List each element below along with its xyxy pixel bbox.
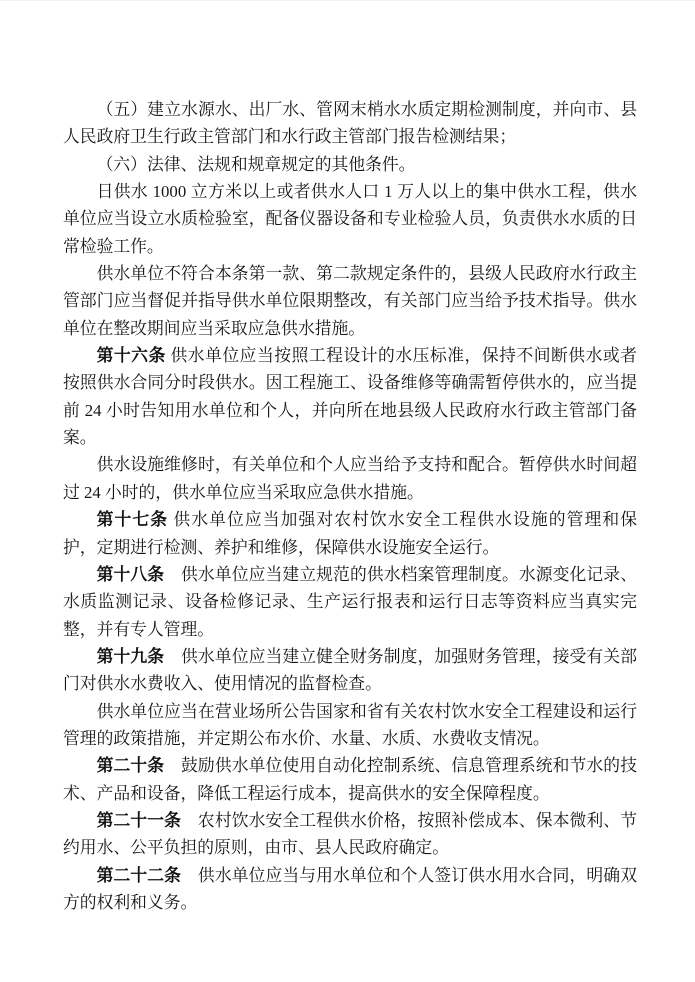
document-text-block: （五）建立水源水、出厂水、管网末梢水水质定期检测制度，并向市、县人民政府卫生行政… (63, 96, 637, 916)
paragraph: 日供水 1000 立方米以上或者供水人口 1 万人以上的集中供水工程，供水单位应… (63, 178, 637, 260)
document-page: （五）建立水源水、出厂水、管网末梢水水质定期检测制度，并向市、县人民政府卫生行政… (0, 0, 695, 982)
article-number: 第二十二条 (97, 866, 181, 885)
article-number: 第二十一条 (97, 811, 181, 830)
paragraph: 供水单位应当在营业场所公告国家和省有关农村饮水安全工程建设和运行管理的政策措施，… (63, 698, 637, 753)
article-number: 第十六条 (97, 346, 166, 365)
article-number: 第二十条 (97, 756, 165, 775)
paragraph-article-20: 第二十条 鼓励供水单位使用自动化控制系统、信息管理系统和节水的技术、产品和设备，… (63, 752, 637, 807)
paragraph-article-16: 第十六条 供水单位应当按照工程设计的水压标准，保持不间断供水或者按照供水合同分时… (63, 342, 637, 451)
paragraph: （六）法律、法规和规章规定的其他条件。 (63, 151, 637, 178)
paragraph-text: 供水单位应当在营业场所公告国家和省有关农村饮水安全工程建设和运行管理的政策措施，… (63, 702, 637, 748)
paragraph-text: 日供水 1000 立方米以上或者供水人口 1 万人以上的集中供水工程，供水单位应… (63, 182, 637, 256)
paragraph-article-17: 第十七条 供水单位应当加强对农村饮水安全工程供水设施的管理和保护，定期进行检测、… (63, 506, 637, 561)
article-number: 第十九条 (97, 647, 165, 666)
paragraph: 供水设施维修时，有关单位和个人应当给予支持和配合。暂停供水时间超过 24 小时的… (63, 451, 637, 506)
paragraph-text: 供水单位不符合本条第一款、第二款规定条件的，县级人民政府水行政主管部门应当督促并… (63, 264, 637, 338)
paragraph-article-21: 第二十一条 农村饮水安全工程供水价格，按照补偿成本、保本微利、节约用水、公平负担… (63, 807, 637, 862)
paragraph-text: 供水设施维修时，有关单位和个人应当给予支持和配合。暂停供水时间超过 24 小时的… (63, 455, 637, 501)
paragraph-text: （六）法律、法规和规章规定的其他条件。 (97, 155, 416, 174)
article-number: 第十七条 (97, 510, 169, 529)
paragraph: 供水单位不符合本条第一款、第二款规定条件的，县级人民政府水行政主管部门应当督促并… (63, 260, 637, 342)
paragraph-article-22: 第二十二条 供水单位应当与用水单位和个人签订供水用水合同，明确双方的权利和义务。 (63, 862, 637, 917)
paragraph-article-19: 第十九条 供水单位应当建立健全财务制度，加强财务管理，接受有关部门对供水水费收入… (63, 643, 637, 698)
article-number: 第十八条 (97, 565, 165, 584)
paragraph: （五）建立水源水、出厂水、管网末梢水水质定期检测制度，并向市、县人民政府卫生行政… (63, 96, 637, 151)
paragraph-text: （五）建立水源水、出厂水、管网末梢水水质定期检测制度，并向市、县人民政府卫生行政… (63, 100, 637, 146)
paragraph-article-18: 第十八条 供水单位应当建立规范的供水档案管理制度。水源变化记录、水质监测记录、设… (63, 561, 637, 643)
